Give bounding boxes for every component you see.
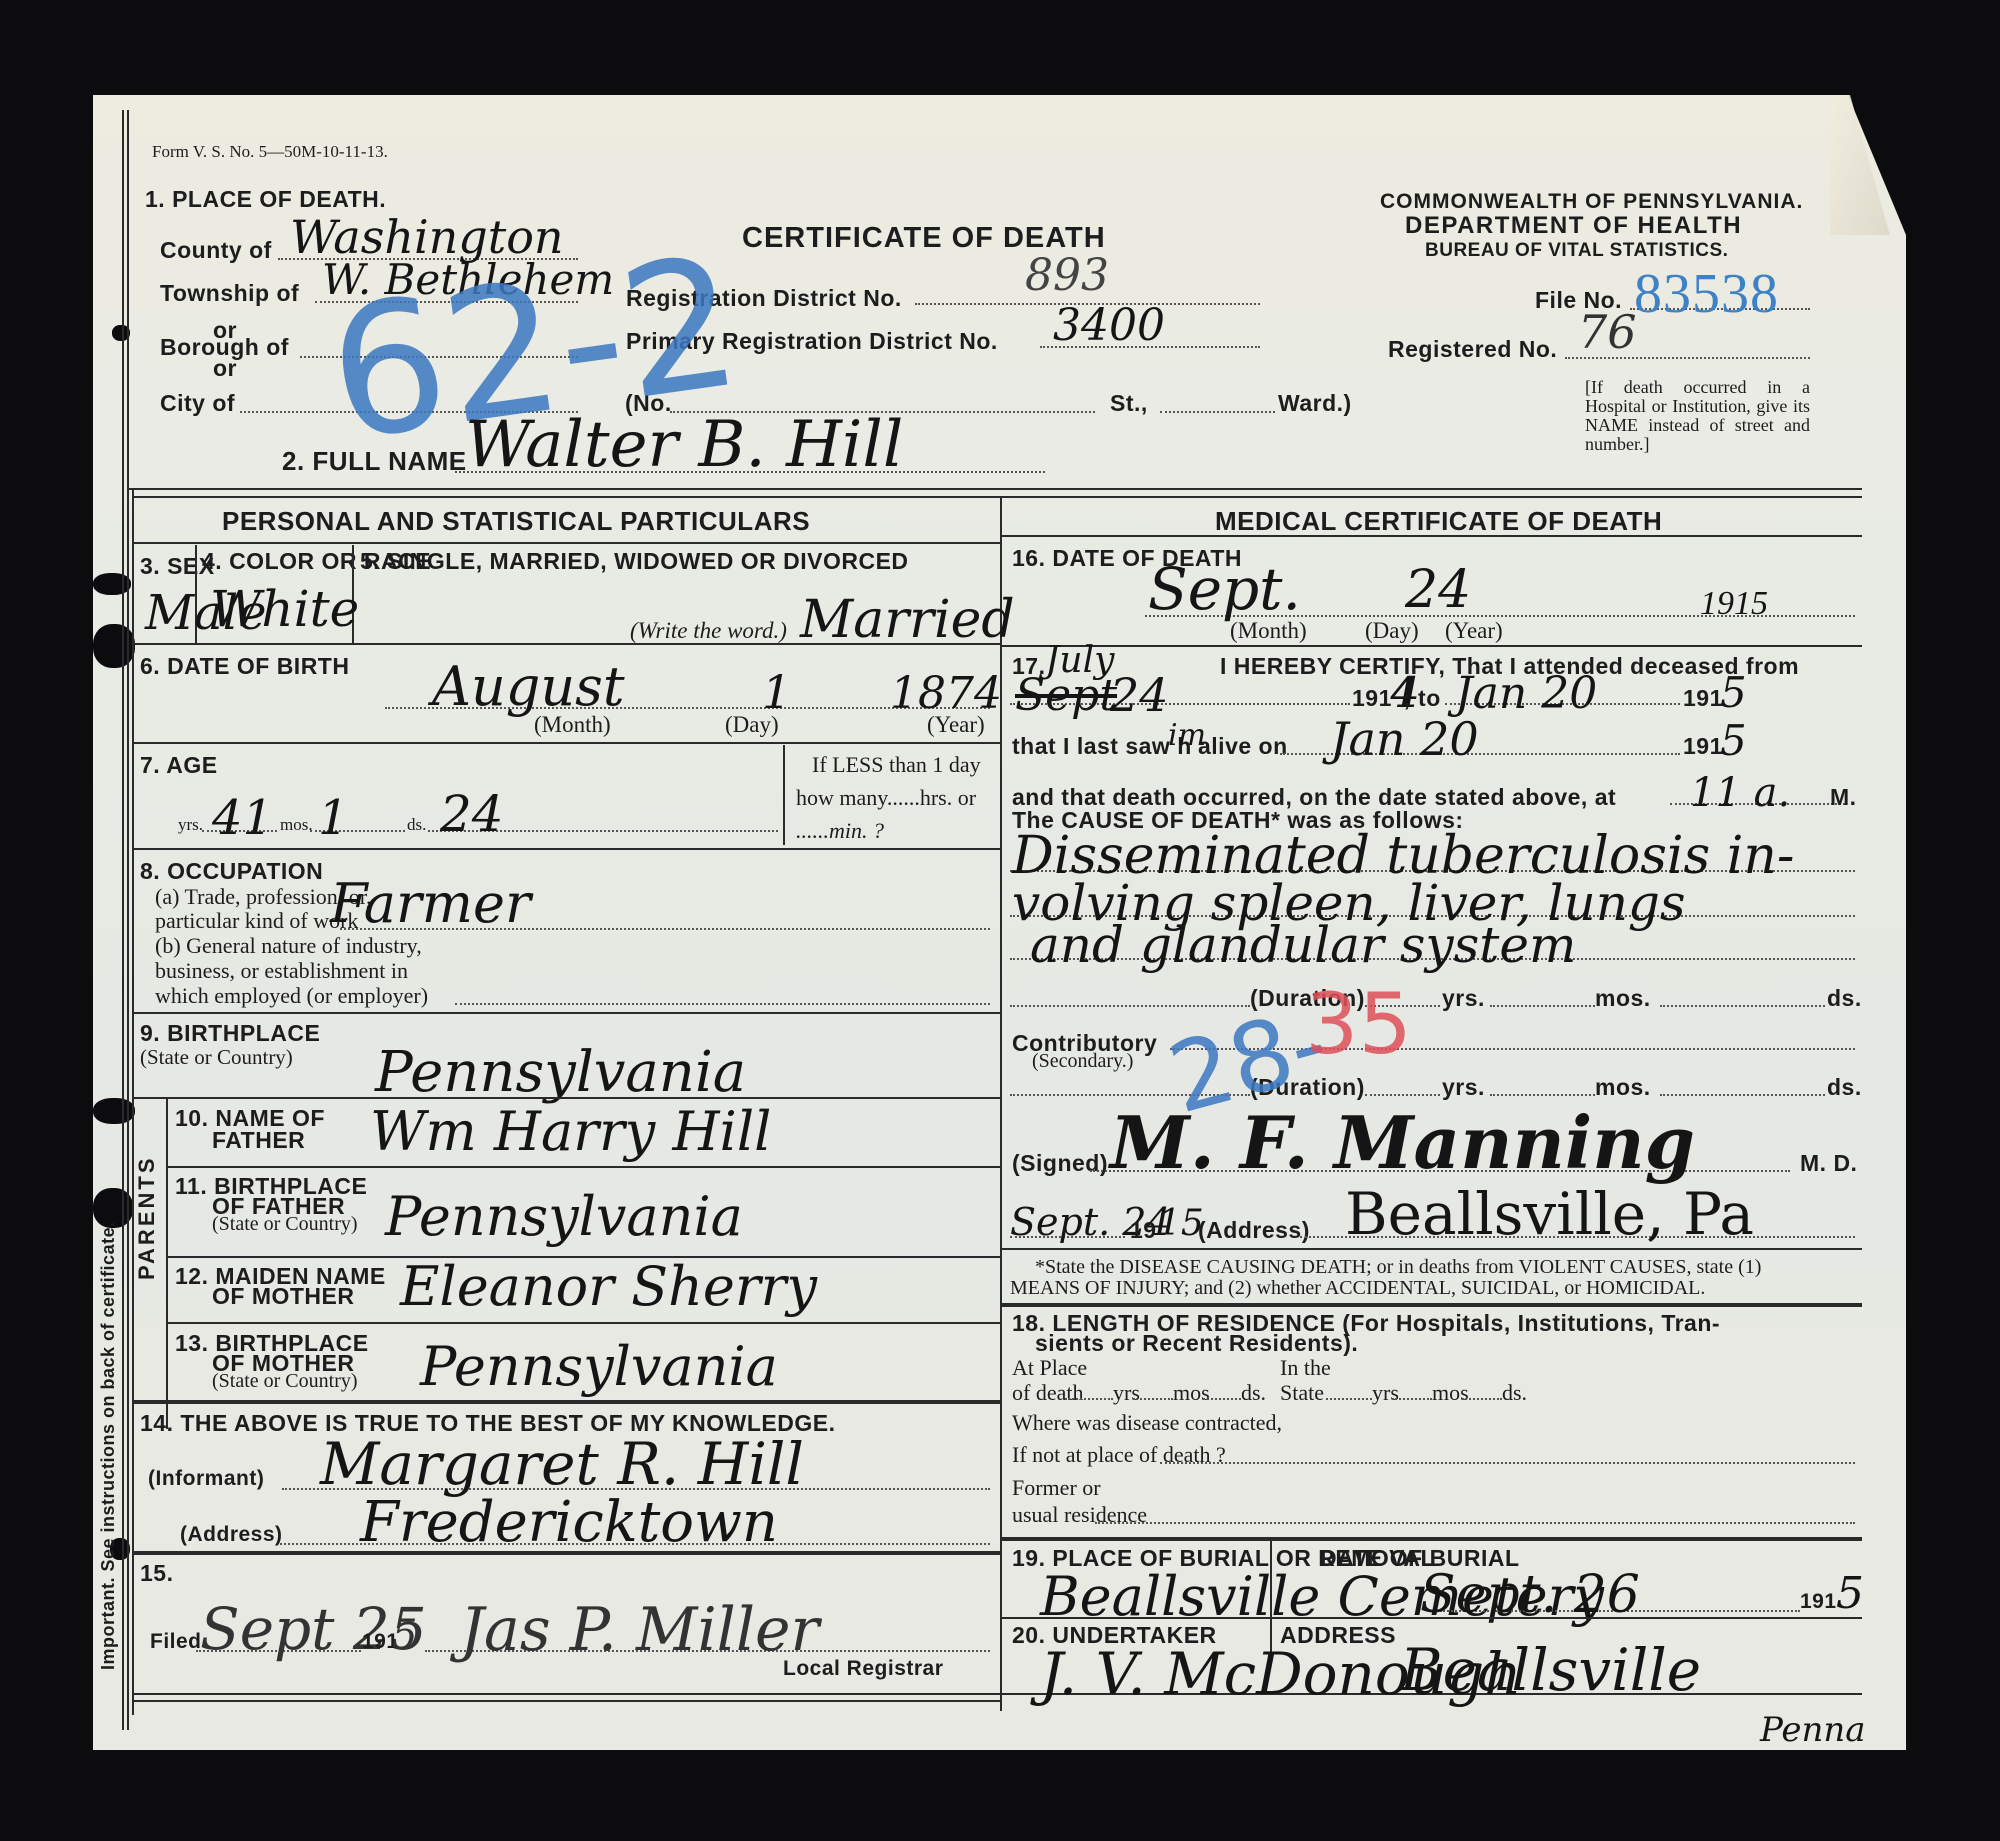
sign-year-prefix: 19 — [1130, 1217, 1157, 1244]
divider — [783, 745, 785, 845]
parents-label: PARENTS — [134, 1156, 160, 1281]
age-ds-label: ds. — [407, 815, 426, 835]
registration-district-value: 893 — [1025, 250, 1109, 301]
in-state-yrs: yrs — [1372, 1380, 1399, 1406]
mother-birthplace-value: Pennsylvania — [420, 1335, 778, 1398]
or-label: or — [213, 355, 237, 382]
duration-line — [1365, 1094, 1440, 1096]
occupation-b-line3: which employed (or employer) — [155, 983, 428, 1009]
alive-on-value: Jan 20 — [1330, 712, 1479, 766]
last-saw-label: that I last saw h — [1012, 733, 1192, 760]
mother-name-label-2: OF MOTHER — [212, 1283, 355, 1310]
marital-hint: (Write the word.) — [630, 618, 787, 644]
dob-label: 6. DATE OF BIRTH — [140, 653, 349, 680]
former-residence-label-2: usual residence — [1012, 1502, 1147, 1528]
how-many-hrs: how many......hrs. or — [796, 785, 976, 811]
in-state-label: In the — [1280, 1355, 1331, 1381]
residence-line — [1462, 1398, 1502, 1400]
divider — [132, 1012, 1000, 1014]
date-of-death-day: 24 — [1405, 560, 1471, 620]
dod-month-caption: (Month) — [1230, 618, 1307, 644]
occupation-b-line1: (b) General nature of industry, — [155, 933, 422, 959]
street-label: St., — [1110, 390, 1148, 417]
alive-year-suffix: 5 — [1720, 716, 1747, 765]
red-crayon-code: 35 — [1305, 975, 1412, 1073]
authority-line2: DEPARTMENT OF HEALTH — [1405, 212, 1742, 240]
divider — [132, 643, 1000, 645]
header-divider — [127, 488, 1862, 490]
residence-line — [1326, 1398, 1372, 1400]
marital-label: 5. SINGLE, MARRIED, WIDOWED OR DIVORCED — [360, 548, 909, 575]
duration-ds-label-2: ds. — [1827, 1074, 1862, 1101]
age-years-value: 41 — [212, 790, 273, 846]
dob-month-caption: (Month) — [534, 712, 611, 738]
attended-from-year-prefix: 191 — [1352, 685, 1392, 712]
duration-line — [1490, 1005, 1595, 1007]
residence-line — [1065, 1398, 1113, 1400]
occupation-a-value: Farmer — [330, 872, 531, 935]
divider — [1000, 1248, 1862, 1250]
full-name-label: 2. FULL NAME — [282, 446, 467, 477]
footnote-line1: *State the DISEASE CAUSING DEATH; or in … — [1035, 1256, 1761, 1279]
city-label: City of — [160, 390, 235, 417]
father-birthplace-value: Pennsylvania — [385, 1185, 743, 1248]
form-number: Form V. S. No. 5—50M-10-11-13. — [152, 142, 388, 162]
age-yrs-label: yrs. — [178, 815, 203, 835]
in-state-ds: ds. — [1502, 1380, 1527, 1406]
marital-value: Married — [800, 590, 1015, 650]
signed-label: (Signed) — [1012, 1150, 1108, 1177]
father-birthplace-hint: (State or Country) — [212, 1213, 358, 1236]
informant-address-label: (Address) — [180, 1523, 283, 1547]
meridiem-label: M. — [1830, 784, 1857, 811]
father-name-value: Wm Harry Hill — [370, 1100, 771, 1163]
filed-label: Filed — [150, 1630, 202, 1654]
former-residence-line — [1095, 1522, 1855, 1524]
date-of-death-month: Sept. — [1148, 555, 1301, 623]
mother-name-value: Eleanor Sherry — [400, 1255, 817, 1318]
footnote-line2: MEANS OF INJURY; and (2) whether ACCIDEN… — [1010, 1277, 1705, 1300]
registered-no-label: Registered No. — [1388, 336, 1557, 363]
death-time-value: 11 a. — [1690, 770, 1790, 816]
authority-line3: BUREAU OF VITAL STATISTICS. — [1425, 240, 1728, 262]
divider — [1000, 535, 1862, 537]
birthplace-value: Pennsylvania — [375, 1040, 746, 1105]
divider — [1000, 1537, 1862, 1541]
informant-address-value: Fredericktown — [360, 1490, 778, 1555]
primary-district-value: 3400 — [1053, 300, 1165, 351]
age-label: 7. AGE — [140, 752, 218, 779]
sign-year-suffix: 15 — [1158, 1203, 1204, 1244]
at-place-ds: ds. — [1241, 1380, 1266, 1406]
undertaker-address-value: Beallsville — [1400, 1636, 1701, 1704]
at-place-label: At Place — [1012, 1355, 1087, 1381]
dob-year-caption: (Year) — [927, 712, 985, 738]
bottom-divider-2 — [132, 1700, 1000, 1702]
at-place-mos: mos — [1173, 1380, 1210, 1406]
informant-label: (Informant) — [148, 1467, 264, 1491]
dod-day-caption: (Day) — [1365, 618, 1419, 644]
to-label: ; to — [1403, 685, 1441, 712]
in-state-label-2: State — [1280, 1380, 1324, 1406]
divider — [1000, 1303, 1862, 1307]
divider — [132, 1097, 1000, 1099]
residence-line — [1203, 1398, 1241, 1400]
sign-address-value: Beallsville, Pa — [1345, 1180, 1754, 1248]
registered-no-value: 76 — [1578, 305, 1637, 359]
occupation-label: 8. OCCUPATION — [140, 858, 323, 885]
dob-month: August — [432, 655, 625, 718]
registrar-signature: Jas P. Miller — [460, 1595, 819, 1665]
personal-section-title: PERSONAL AND STATISTICAL PARTICULARS — [222, 506, 810, 537]
duration-yrs-label-2: yrs. — [1442, 1074, 1485, 1101]
duration-yrs-label: yrs. — [1442, 985, 1485, 1012]
undertaker-address-state: Penna — [1760, 1710, 1866, 1750]
occupation-b-line — [455, 1003, 990, 1005]
mother-birthplace-hint: (State or Country) — [212, 1370, 358, 1393]
at-place-yrs: yrs — [1113, 1380, 1140, 1406]
duration-mos-label-2: mos. — [1595, 1074, 1651, 1101]
duration-line — [1490, 1094, 1595, 1096]
date-of-death-year: 1915 — [1700, 585, 1768, 623]
age-mos-label: mos. — [280, 815, 313, 835]
burial-date-value: Sept. 26 — [1420, 1565, 1640, 1625]
medical-section-title: MEDICAL CERTIFICATE OF DEATH — [1215, 506, 1662, 537]
folded-corner — [1830, 95, 1890, 235]
birthplace-label: 9. BIRTHPLACE — [140, 1020, 320, 1047]
dod-year-caption: (Year) — [1445, 618, 1503, 644]
divider — [132, 742, 1000, 744]
md-label: M. D. — [1800, 1150, 1857, 1177]
physician-signature: M. F. Manning — [1110, 1100, 1695, 1185]
secondary-label: (Secondary.) — [1032, 1050, 1133, 1073]
duration-line — [1660, 1005, 1825, 1007]
divider — [132, 542, 1000, 544]
divider — [166, 1322, 1000, 1324]
age-months-value: 1 — [318, 790, 349, 846]
burial-year-prefix: 191 — [1800, 1590, 1837, 1614]
left-column-line — [132, 490, 134, 1715]
divider — [132, 1551, 1000, 1555]
county-label: County of — [160, 237, 272, 264]
parents-column-line — [166, 1097, 168, 1429]
divider — [132, 848, 1000, 850]
ward-label: Ward.) — [1278, 390, 1352, 417]
side-instructions: Important. See instructions on back of c… — [98, 1221, 119, 1670]
informant-value: Margaret R. Hill — [320, 1430, 804, 1498]
cause-text-3: and glandular system — [1030, 916, 1576, 974]
occupation-b-line2: business, or establishment in — [155, 958, 408, 984]
left-border — [122, 110, 124, 1730]
duration-line — [1660, 1094, 1825, 1096]
divider — [1000, 1617, 1862, 1619]
birthplace-hint: (State or Country) — [140, 1045, 293, 1070]
age-days-value: 24 — [440, 785, 504, 843]
former-residence-label: Former or — [1012, 1475, 1101, 1501]
alive-on-label: alive on — [1198, 733, 1288, 760]
contracted-line — [1160, 1462, 1855, 1464]
full-name-value: Walter B. Hill — [465, 408, 903, 482]
contracted-label: Where was disease contracted, — [1012, 1410, 1282, 1436]
alive-year-prefix: 191 — [1683, 733, 1723, 760]
burial-year-suffix: 5 — [1836, 1568, 1864, 1619]
contracted-label-2: If not at place of death ? — [1012, 1442, 1226, 1468]
in-state-mos: mos — [1432, 1380, 1469, 1406]
residence-line — [1392, 1398, 1432, 1400]
dob-day: 1 — [762, 665, 791, 719]
residence-line — [1133, 1398, 1173, 1400]
header-divider-2 — [132, 496, 1862, 498]
item-15-label: 15. — [140, 1560, 173, 1587]
divider — [132, 1400, 1000, 1404]
attended-from-month-struck: Sept — [1015, 670, 1117, 721]
ward-line — [1160, 411, 1275, 413]
file-number-stamp: 83538 — [1634, 262, 1779, 326]
place-of-death-label: 1. PLACE OF DEATH. — [145, 186, 386, 213]
authority-line1: COMMONWEALTH OF PENNSYLVANIA. — [1380, 190, 1803, 214]
duration-mos-label: mos. — [1595, 985, 1651, 1012]
township-label: Township of — [160, 280, 299, 307]
duration-line — [1010, 1005, 1250, 1007]
binding-hole — [93, 573, 131, 595]
race-value: White — [210, 580, 359, 638]
occupation-a-line2: particular kind of work — [155, 908, 358, 934]
attended-from-day: 24 — [1110, 668, 1169, 722]
how-many-min: ......min. ? — [796, 818, 884, 844]
divider — [166, 1166, 1000, 1168]
left-border-inner — [127, 110, 129, 1730]
residence-heading-2: sients or Recent Residents). — [1035, 1330, 1358, 1357]
divider — [1000, 645, 1862, 647]
sign-address-label: (Address) — [1198, 1217, 1310, 1244]
duration-ds-label: ds. — [1827, 985, 1862, 1012]
registrar-label: Local Registrar — [783, 1657, 943, 1681]
hospital-note: [If death occurred in a Hospital or Inst… — [1585, 378, 1810, 454]
at-place-label-2: of death — [1012, 1380, 1083, 1406]
father-name-label-2: FATHER — [212, 1127, 305, 1154]
attended-to-year-suffix: 5 — [1720, 668, 1747, 717]
dob-day-caption: (Day) — [725, 712, 779, 738]
less-than-day: If LESS than 1 day — [812, 752, 981, 778]
attended-to-year-prefix: 191 — [1683, 685, 1723, 712]
filed-year-suffix: 5 — [392, 1612, 417, 1658]
